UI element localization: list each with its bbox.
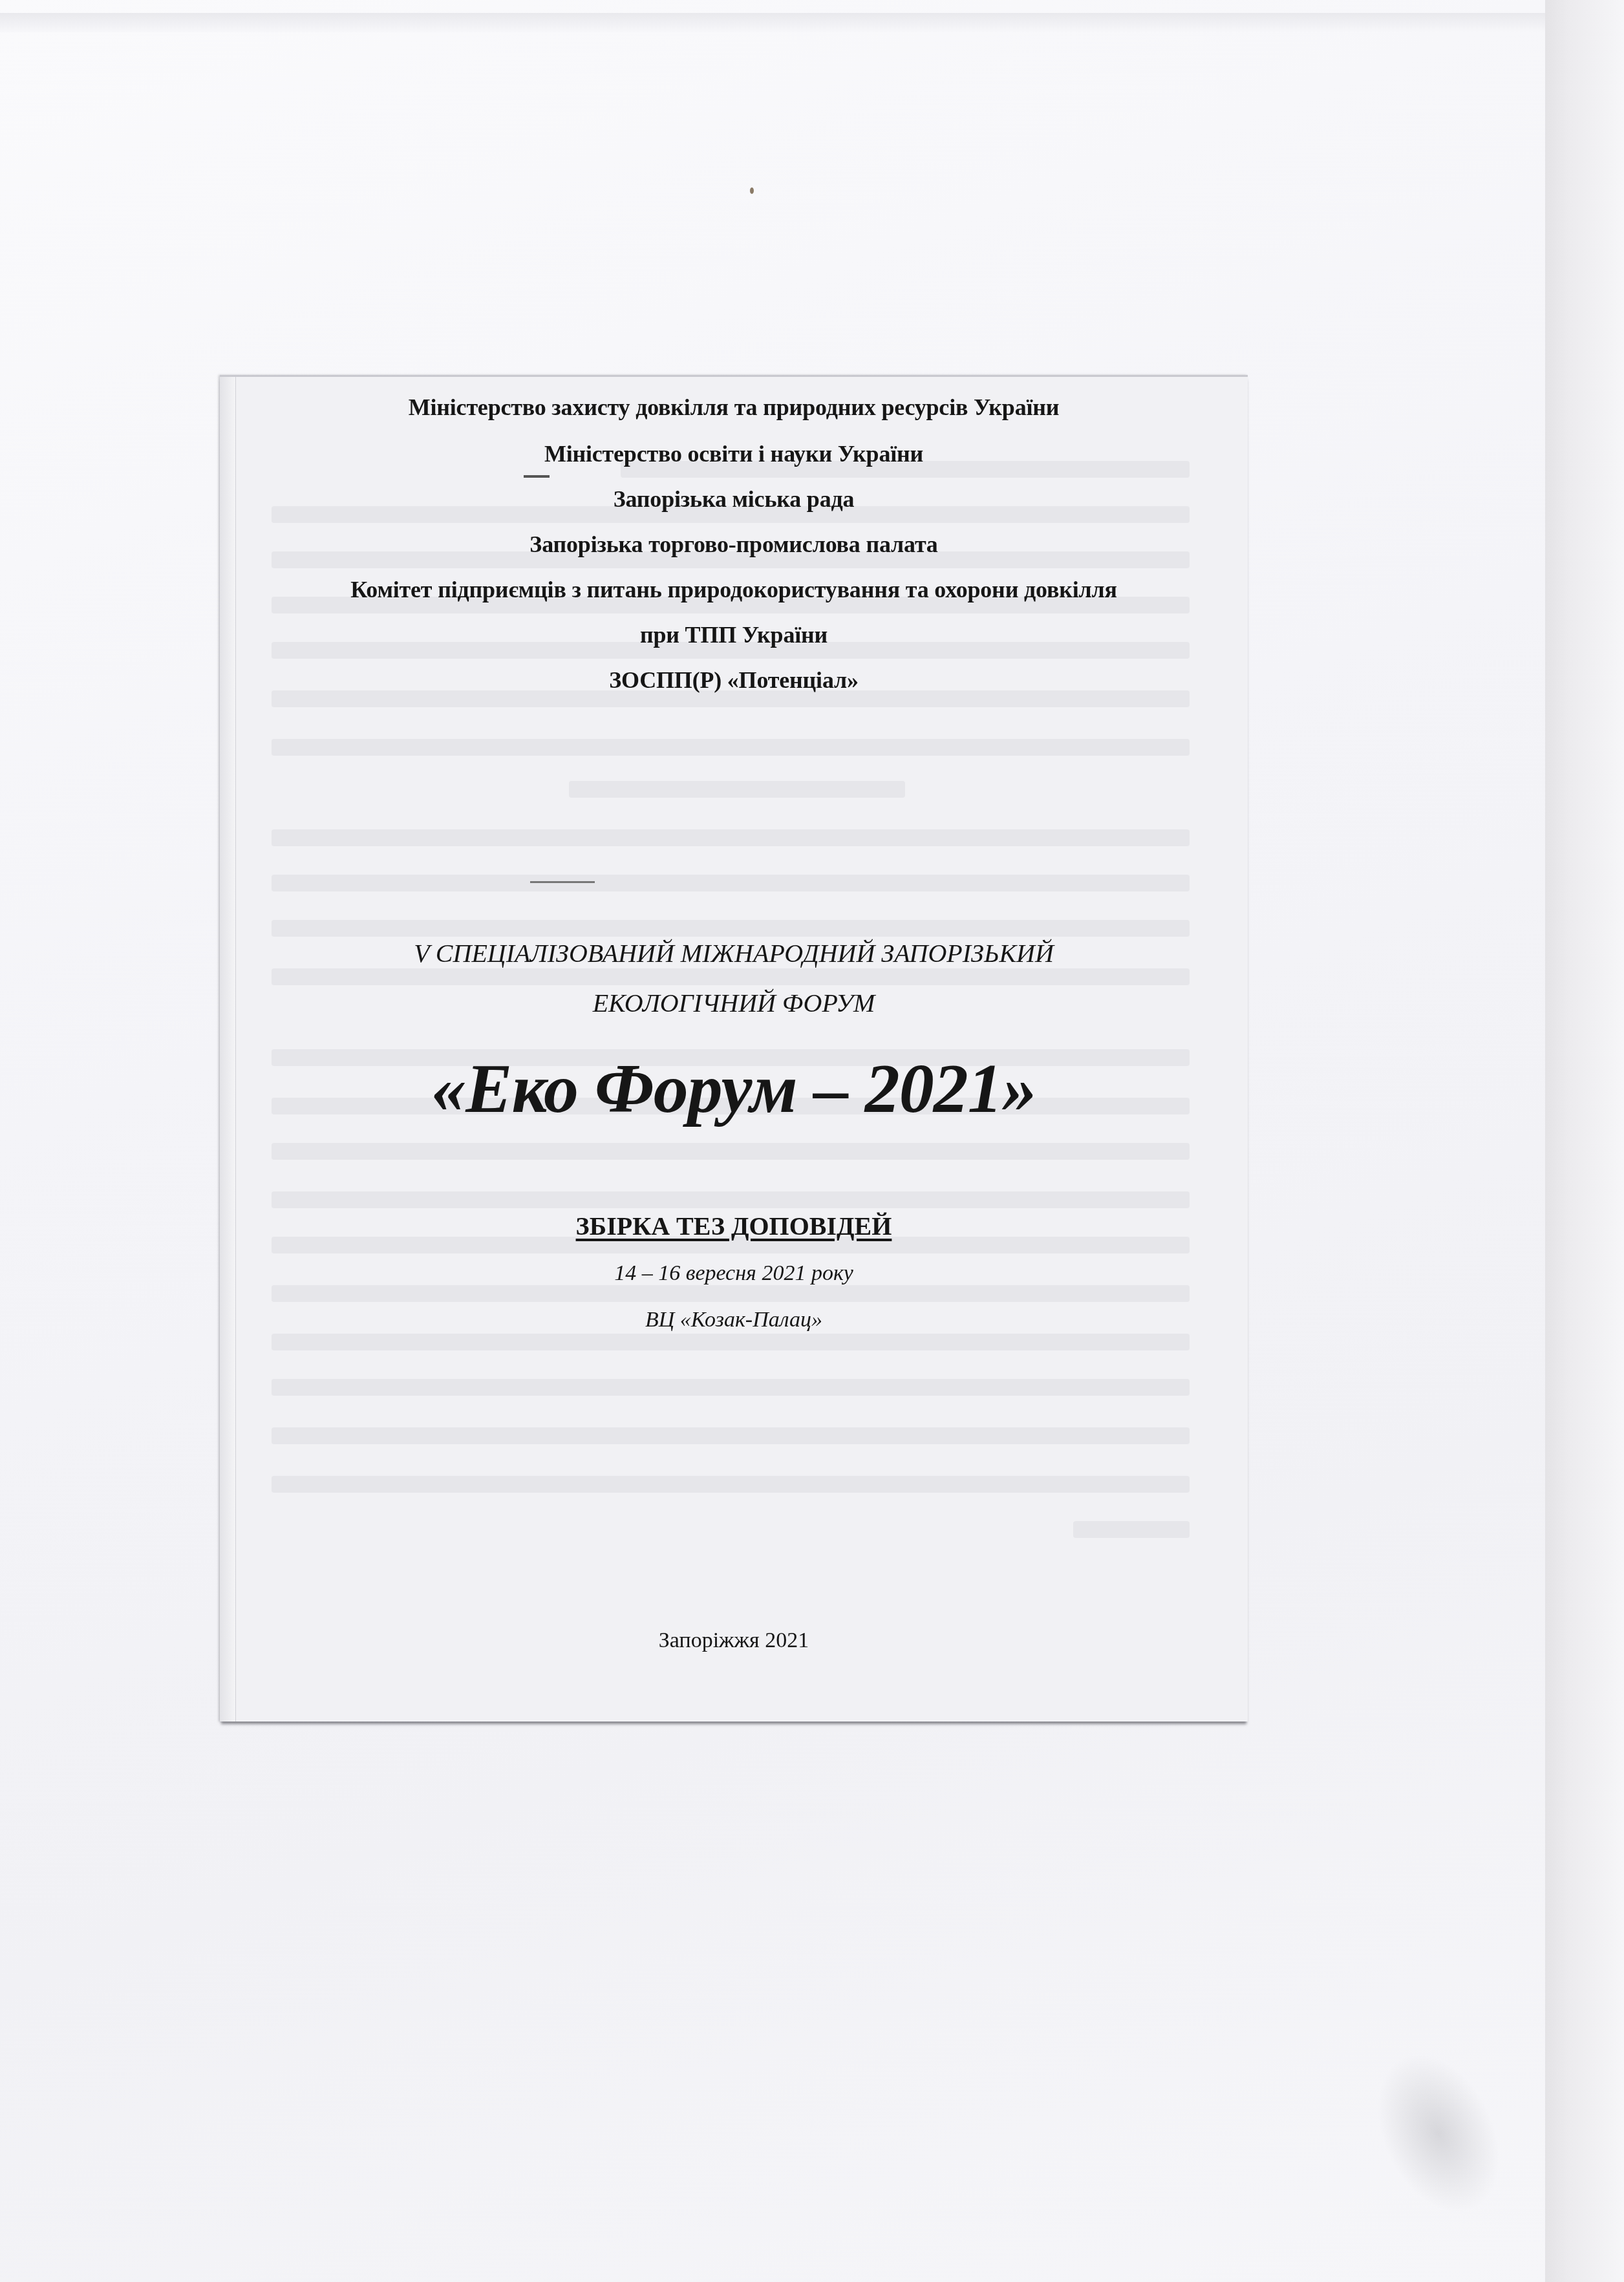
organizer-city-council: Запорізька міська рада: [220, 485, 1248, 513]
document-page: Міністерство захисту довкілля та природн…: [220, 375, 1248, 1722]
scanner-right-strip: [1545, 0, 1624, 2282]
forum-name-line-1: V СПЕЦІАЛІЗОВАНИЙ МІЖНАРОДНИЙ ЗАПОРІЗЬКИ…: [220, 938, 1248, 968]
dust-speck: [750, 187, 754, 194]
forum-title: «Еко Форум – 2021»: [220, 1049, 1248, 1129]
forum-name-line-2: ЕКОЛОГІЧНИЙ ФОРУМ: [220, 988, 1248, 1018]
organizer-chamber-of-commerce: Запорізька торгово-промислова палата: [220, 531, 1248, 558]
organizer-committee-cont: при ТПП України: [220, 621, 1248, 648]
title-page-content: Міністерство захисту довкілля та природн…: [220, 377, 1248, 1722]
forum-dates: 14 – 16 вересня 2021 року: [220, 1261, 1248, 1286]
city-year: Запоріжжя 2021: [220, 1628, 1248, 1653]
organizer-union-potential: ЗОСПП(Р) «Потенціал»: [220, 666, 1248, 694]
collection-title-text: ЗБІРКА ТЕЗ ДОПОВІДЕЙ: [576, 1211, 892, 1241]
organizer-committee: Комітет підприємців з питань природокори…: [220, 576, 1248, 603]
organizer-ministry-education: Міністерство освіти і науки України: [220, 440, 1248, 467]
scan-artifact: [524, 475, 550, 478]
forum-venue: ВЦ «Козак-Палац»: [220, 1308, 1248, 1332]
scanner-top-edge: [0, 13, 1545, 32]
collection-title: ЗБІРКА ТЕЗ ДОПОВІДЕЙ: [220, 1211, 1248, 1241]
organizer-ministry-environment: Міністерство захисту довкілля та природн…: [220, 394, 1248, 421]
scan-artifact: [530, 881, 595, 883]
